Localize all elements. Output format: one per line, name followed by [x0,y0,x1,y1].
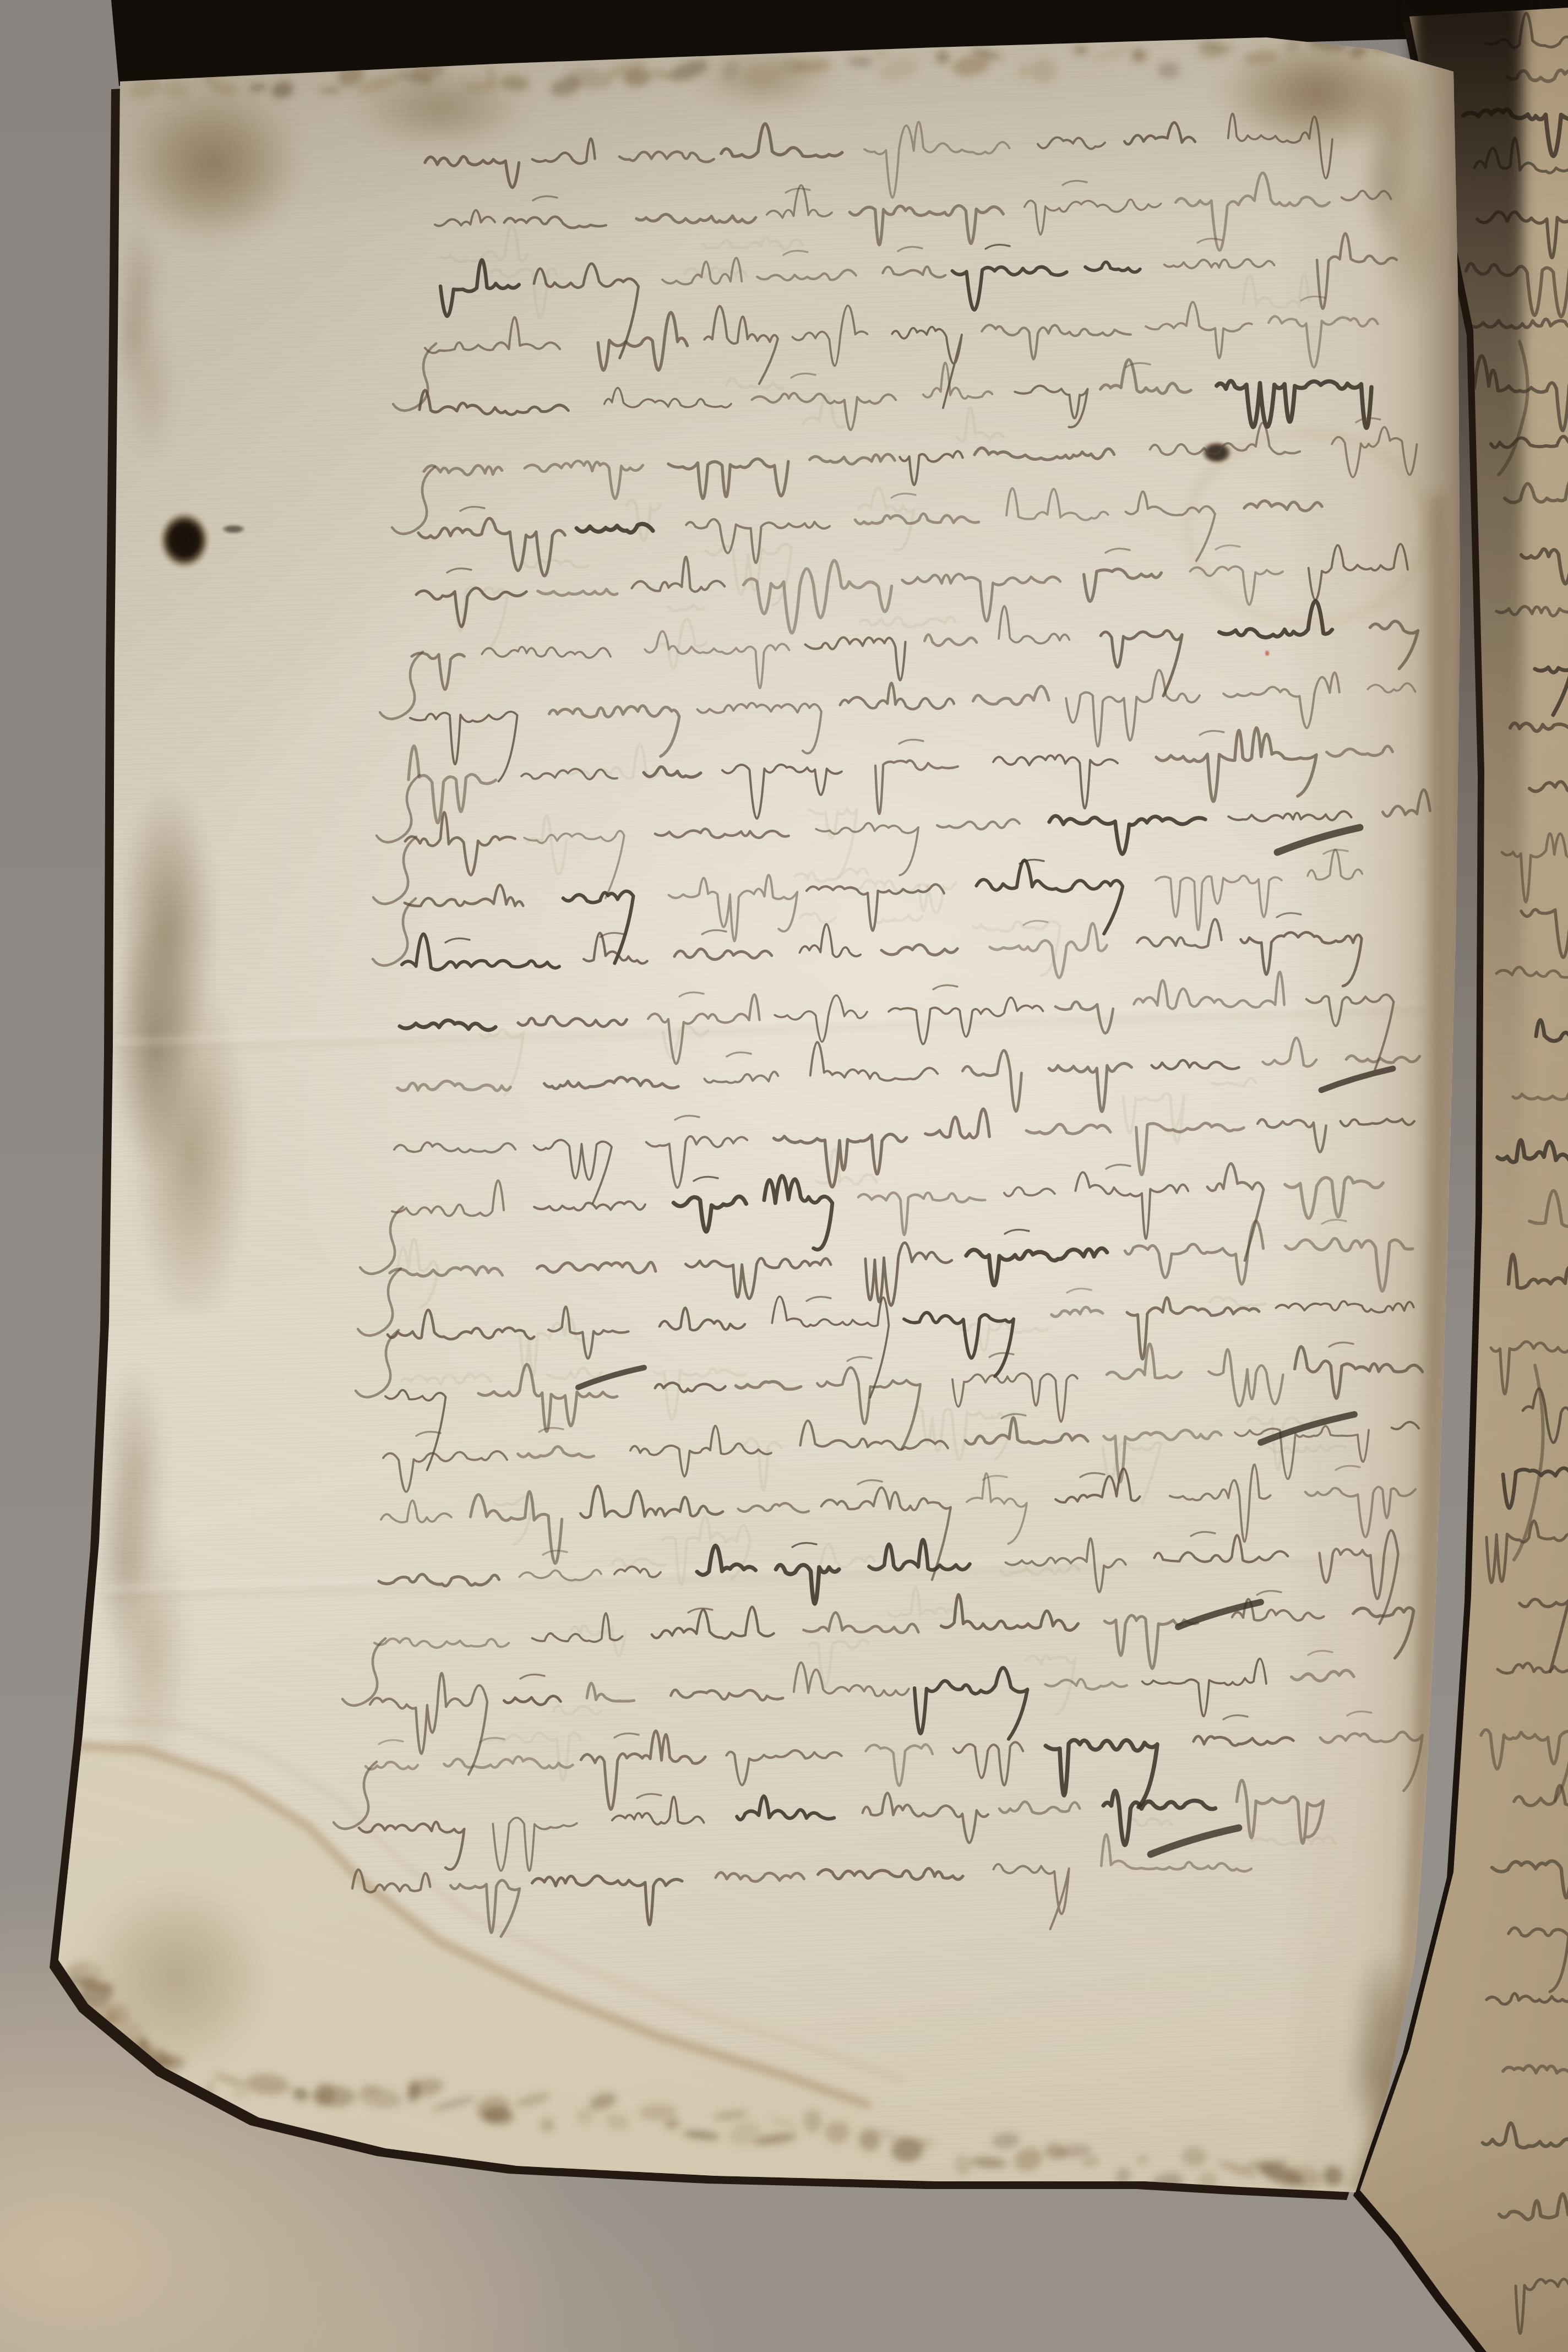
decorative-mark [406,2080,420,2103]
decorative-mark [869,1540,970,1570]
decorative-mark [668,459,788,498]
decorative-mark [1481,1730,1568,1801]
decorative-mark [270,79,295,101]
decorative-mark [381,1500,451,1522]
decorative-mark [538,589,617,595]
decorative-mark [1261,1414,1354,1442]
decorative-mark [524,831,624,898]
decorative-mark [803,395,845,428]
decorative-mark [1081,2155,1101,2168]
decorative-mark [1277,827,1360,852]
decorative-mark [547,1368,601,1379]
decorative-mark [686,519,830,563]
decorative-mark [1156,875,1282,930]
decorative-mark [1257,1591,1281,1595]
decorative-mark [1232,1599,1324,1620]
decorative-mark [652,1607,774,1639]
decorative-mark [993,755,1118,808]
decorative-mark [312,2081,337,2108]
decorative-mark [548,74,583,100]
decorative-mark [1309,544,1408,600]
decorative-mark [1080,1473,1104,1477]
decorative-mark [162,80,189,99]
decorative-mark [704,1072,778,1083]
decorative-mark [727,378,784,389]
decorative-mark [373,837,416,904]
decorative-mark [532,1876,682,1925]
decorative-mark [1329,1342,1353,1347]
decorative-mark [1052,1307,1103,1316]
wormhole-speck [220,524,247,534]
decorative-mark [810,1042,938,1081]
decorative-mark [870,2126,915,2148]
decorative-mark [775,995,867,1042]
decorative-mark [821,1488,951,1580]
stain-left-lower [95,1365,194,1762]
decorative-mark [698,703,821,754]
decorative-mark [355,70,402,98]
decorative-mark [889,998,1043,1044]
decorative-mark [1285,2164,1324,2191]
decorative-mark [519,1570,601,1580]
decorative-mark [807,884,944,930]
decorative-mark [999,1802,1080,1814]
decorative-mark [1356,418,1380,422]
decorative-mark [941,1594,1079,1630]
decorative-mark [1131,48,1146,62]
decorative-mark [518,1446,594,1457]
decorative-mark [483,1733,581,1781]
decorative-mark [1178,1602,1261,1627]
decorative-mark [207,78,240,98]
decorative-mark [53,1744,870,2105]
decorative-mark [795,869,868,882]
decorative-mark [1104,1430,1221,1482]
decorative-mark [1536,1020,1568,1041]
decorative-mark [1342,191,1391,200]
decorative-mark [671,1690,783,1700]
decorative-mark [1529,1190,1568,1226]
decorative-mark [474,2093,513,2125]
decorative-mark [460,507,484,511]
decorative-mark [1001,1414,1026,1418]
decorative-mark [919,883,956,913]
decorative-mark [774,1134,907,1187]
decorative-mark [564,67,612,91]
decorative-mark [817,1368,920,1449]
decorative-mark [966,1418,1088,1444]
decorative-mark [1150,423,1300,455]
decorative-mark [891,2137,924,2163]
decorative-mark [840,683,954,709]
decorative-mark [913,1407,1014,1460]
decorative-mark [1277,913,1301,917]
decorative-mark [891,493,916,498]
decorative-mark [804,1613,918,1633]
decorative-mark [1235,1426,1369,1479]
decorative-mark [955,2155,971,2176]
decorative-mark [864,122,1010,198]
decorative-mark [803,2109,821,2133]
decorative-mark [388,1310,534,1339]
decorative-mark [605,388,732,407]
decorative-mark [863,1793,988,1843]
decorative-mark [655,829,789,837]
decorative-mark [648,994,759,1064]
decorative-mark [471,1491,562,1563]
decorative-mark [537,1262,656,1273]
decorative-mark [1156,728,1316,802]
decorative-mark [539,1428,563,1432]
decorative-mark [491,268,557,318]
decorative-mark [650,68,674,80]
decorative-mark [1243,49,1278,66]
decorative-mark [858,1480,882,1484]
decorative-mark [738,1503,809,1512]
decorative-mark [786,188,810,193]
decorative-mark [1237,1780,1324,1843]
decorative-mark [818,1869,963,1880]
decorative-mark [722,765,842,819]
decorative-mark [1142,1659,1266,1717]
decorative-mark [1257,1119,1326,1152]
decorative-mark [1347,1711,1371,1716]
decorative-mark [358,1268,401,1336]
decorative-mark [966,1248,1107,1285]
decorative-mark [685,268,746,277]
decorative-mark [1085,262,1140,272]
decorative-mark [1268,316,1378,367]
decorative-mark [1106,548,1130,553]
decorative-mark [1197,39,1235,54]
decorative-mark [697,1545,755,1575]
decorative-mark [1023,921,1048,925]
decorative-mark [614,1733,639,1738]
decorative-mark [794,1663,909,1696]
decorative-mark [548,1306,628,1358]
decorative-mark [1101,1834,1251,1871]
decorative-mark [578,1368,644,1387]
decorative-mark [1026,1656,1075,1715]
decorative-mark [970,2157,1007,2169]
decorative-mark [409,746,496,823]
decorative-mark [874,48,889,60]
crease-lower [105,1543,1415,1602]
decorative-mark [444,1756,573,1768]
decorative-mark [445,938,470,943]
decorative-mark [342,1638,385,1706]
decorative-mark [352,1870,430,1892]
decorative-mark [655,1383,726,1392]
decorative-mark [291,2086,310,2103]
decorative-mark [1155,1536,1288,1562]
decorative-mark [810,454,895,464]
decorative-mark [703,238,802,249]
decorative-mark [394,1142,515,1152]
decorative-mark [398,1239,438,1308]
decorative-mark [792,1543,816,1547]
decorative-mark [481,2106,514,2126]
decorative-mark [856,2127,882,2153]
decorative-mark [1263,1038,1316,1066]
decorative-mark [398,1081,510,1090]
decorative-mark [416,1431,440,1436]
decorative-mark [545,1077,678,1089]
decorative-mark [571,744,659,778]
decorative-mark [578,827,1393,1854]
decorative-mark [1521,549,1568,584]
decorative-mark [753,2131,798,2147]
decorative-mark [356,1330,399,1397]
decorative-mark [1125,1221,1263,1284]
decorative-mark [1509,1928,1568,1991]
decorative-mark [1216,545,1240,549]
decorative-mark [821,1544,875,1567]
decorative-mark [520,1674,545,1679]
decorative-mark [1190,567,1283,605]
decorative-mark [484,66,499,91]
decorative-mark [1128,1819,1172,1826]
decorative-mark [405,885,523,906]
decorative-mark [360,2085,380,2094]
decorative-mark [1207,1163,1264,1260]
decorative-mark [1104,1615,1197,1669]
decorative-mark [1158,62,1180,79]
decorative-mark [721,123,842,157]
decorative-mark [982,325,1130,359]
decorative-mark [664,2119,680,2129]
decorative-mark [571,1625,625,1656]
decorative-mark [581,1730,705,1809]
decorative-mark [79,1979,115,1994]
decorative-mark [951,52,992,79]
decorative-mark [1322,1219,1346,1224]
decorative-mark [657,619,706,669]
decorative-mark [603,2111,630,2132]
decorative-mark [848,56,874,67]
decorative-mark [1016,62,1032,81]
decorative-mark [959,1322,1048,1351]
decorative-mark [1025,199,1161,235]
decorative-mark [952,267,1067,310]
decorative-mark [1073,46,1088,55]
decorative-mark [720,57,742,83]
decorative-mark [425,156,519,187]
decorative-mark [334,1762,377,1829]
decorative-mark [425,317,560,353]
decorative-mark [514,2090,552,2109]
decorative-mark [377,775,420,842]
decorative-mark [1006,1538,1126,1592]
decorative-mark [865,1243,952,1305]
decorative-mark [1015,386,1087,427]
decorative-mark [515,560,588,568]
decorative-mark [374,1638,509,1648]
decorative-mark [1492,1861,1568,1898]
decorative-mark [1049,816,1205,854]
decorative-mark [668,605,704,611]
decorative-mark [418,518,565,576]
decorative-mark [1055,1001,1113,1033]
decorative-mark [1146,302,1252,358]
decorative-mark [1324,2166,1343,2186]
decorative-mark [405,813,515,875]
decorative-mark [1247,1417,1325,1469]
decorative-mark [999,606,1069,644]
decorative-mark [791,373,815,378]
decorative-mark [1228,812,1351,821]
decorative-mark [627,500,661,541]
decorative-mark [1370,621,1418,668]
decorative-mark [1305,1487,1415,1537]
decorative-mark [933,985,957,989]
decorative-mark [1219,601,1332,638]
decorative-mark [1286,1238,1413,1291]
decorative-mark [669,875,798,941]
decorative-mark [1055,1469,1140,1502]
decorative-mark [1151,1828,1239,1854]
decorative-mark [1353,1608,1414,1658]
decorative-mark [1514,1785,1568,1806]
decorative-mark [408,2076,445,2099]
decorative-mark [667,56,711,85]
decorative-mark [600,933,624,937]
decorative-mark [858,1193,985,1235]
decorative-mark [563,891,634,963]
decorative-mark [1103,1791,1215,1845]
decorative-mark [1368,683,1415,693]
decorative-mark [810,809,857,877]
decorative-mark [520,1319,586,1375]
decorative-mark [1327,746,1393,756]
decorative-mark [952,1373,1077,1422]
decorative-mark [1491,1342,1568,1394]
decorative-mark [521,769,617,780]
decorative-mark [538,2116,556,2134]
decorative-mark [1197,238,1222,243]
decorative-mark [805,638,906,680]
decorative-mark [712,2108,749,2122]
decorative-mark [702,930,726,934]
decorative-mark [899,739,923,744]
decorative-mark [1245,2159,1289,2170]
decorative-mark [52,30,1403,2198]
decorative-mark [212,2071,248,2089]
decorative-mark [1244,501,1322,511]
decorative-mark [727,1750,842,1785]
decorative-mark [1026,1124,1110,1134]
decorative-mark [875,916,922,923]
decorative-mark [1030,59,1057,84]
decorative-mark [1058,2143,1092,2159]
decorative-mark [424,465,502,475]
decorative-mark [319,88,342,93]
decorative-mark [1084,569,1162,601]
decorative-mark [990,923,1107,978]
decorative-mark [1276,1301,1414,1312]
decorative-mark [925,1109,989,1138]
decorative-mark [1324,850,1348,854]
decorative-mark [1258,1445,1345,1452]
decorative-mark [431,2095,477,2113]
decorative-mark [393,344,436,411]
decorative-mark [1049,1064,1131,1112]
decorative-mark [400,1020,496,1030]
decorative-mark [480,1738,504,1742]
decorative-mark [1191,1532,1215,1536]
decorative-mark [534,1201,645,1210]
decorative-mark [764,1176,832,1250]
manuscript-photo: Photograph of an opened early-modern bou… [0,0,1568,2352]
decorative-mark [1063,181,1087,185]
decorative-mark [752,393,896,430]
decorative-mark [385,1390,446,1471]
decorative-mark [1514,1365,1543,1560]
decorative-mark [973,686,1049,704]
decorative-mark [1523,1389,1568,1442]
decorative-mark [1175,173,1329,251]
decorative-mark [1241,932,1362,986]
decorative-mark [1295,1347,1423,1398]
decorative-mark [482,647,611,658]
decorative-mark [1067,1288,1091,1293]
decorative-mark [1134,972,1284,1009]
decorative-mark [373,899,416,966]
decorative-mark [994,1864,1069,1929]
decorative-mark [1137,919,1222,948]
decorative-mark [1125,123,1195,145]
decorative-mark [1181,2146,1208,2168]
decorative-mark [1251,1836,1336,1845]
decorative-mark [644,767,700,777]
decorative-mark [904,1313,1014,1376]
decorative-mark [1011,2144,1046,2175]
decorative-mark [493,1818,577,1871]
decorative-mark [679,992,704,997]
decorative-mark [935,51,950,64]
decorative-mark [462,79,495,94]
decorative-mark [534,264,639,358]
decorative-mark [937,819,1020,829]
decorative-mark [1483,2123,1568,2148]
decorative-mark [1136,1123,1244,1175]
decorative-mark [481,1030,524,1095]
decorative-mark [1332,427,1417,477]
decorative-mark [612,1558,666,1566]
decorative-mark [1520,1599,1568,1672]
decorative-mark [1127,1298,1259,1359]
decorative-mark [440,260,519,316]
decorative-mark [1285,1177,1383,1218]
decorative-mark [587,1683,634,1701]
decorative-mark [725,2117,764,2149]
decorative-mark [532,139,595,164]
decorative-mark [989,1353,1014,1357]
decorative-mark [447,568,471,573]
decorative-mark [645,631,789,688]
ring-stain-right [1184,429,1430,627]
decorative-mark [736,1381,801,1389]
decorative-mark [392,1180,504,1216]
decorative-mark [727,1052,751,1057]
decorative-mark [674,949,772,960]
decorative-mark [772,1297,889,1398]
decorative-mark [1046,1679,1127,1690]
decorative-mark [971,47,1003,61]
decorative-mark [741,58,785,91]
decorative-mark [334,113,1430,1936]
decorative-mark [1170,1464,1271,1542]
